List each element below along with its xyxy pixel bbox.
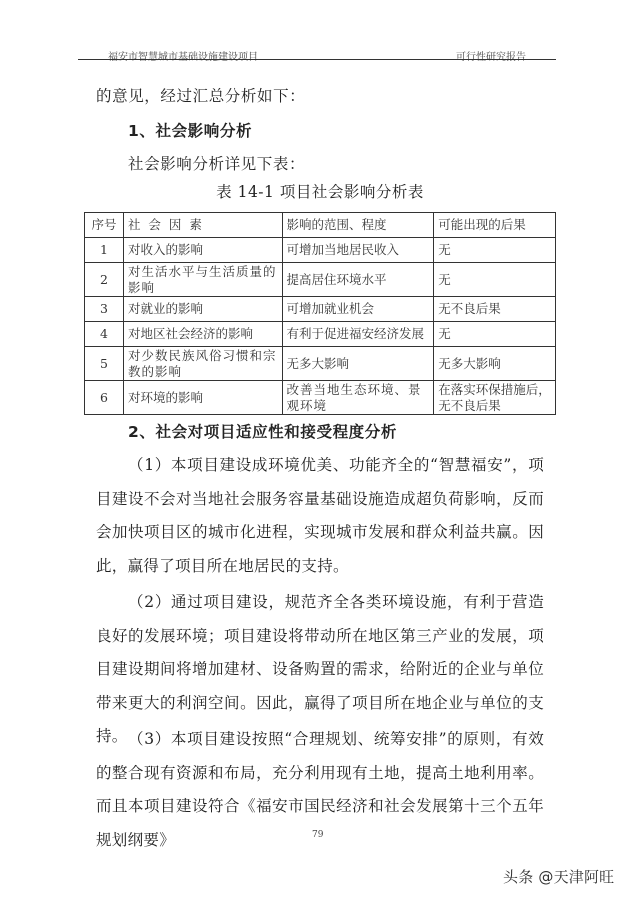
- table-header-cell: 可能出现的后果: [434, 213, 556, 238]
- header-divider: [78, 59, 556, 60]
- table-cell: 可增加就业机会: [282, 297, 434, 322]
- paragraph-1: （1）本项目建设成环境优美、功能齐全的“智慧福安”，项目建设不会对当地社会服务容…: [96, 449, 544, 583]
- table-cell: 对环境的影响: [123, 381, 282, 415]
- table-cell: 6: [85, 381, 124, 415]
- table-row: 5 对少数民族风俗习惯和宗教的影响 无多大影响 无多大影响: [85, 347, 556, 381]
- table-cell: 可增加当地居民收入: [282, 238, 434, 263]
- table-cell: 对地区社会经济的影响: [123, 322, 282, 347]
- table-cell: 无不良后果: [434, 297, 556, 322]
- table-cell: 有利于促进福安经济发展: [282, 322, 434, 347]
- table-cell: 对生活水平与生活质量的影响: [123, 263, 282, 297]
- page-number: 79: [312, 830, 323, 840]
- table-cell: 1: [85, 238, 124, 263]
- table-cell: 无: [434, 238, 556, 263]
- table-cell: 对少数民族风俗习惯和宗教的影响: [123, 347, 282, 381]
- intro-line: 的意见，经过汇总分析如下：: [96, 80, 305, 113]
- section-2-heading: 2、社会对项目适应性和接受程度分析: [128, 416, 397, 449]
- header-project-name: 福安市智慧城市基础设施建设项目: [108, 48, 258, 63]
- table-cell: 4: [85, 322, 124, 347]
- table-cell: 对收入的影响: [123, 238, 282, 263]
- table-row: 3 对就业的影响 可增加就业机会 无不良后果: [85, 297, 556, 322]
- table-header-cell: 社 会 因 素: [123, 213, 282, 238]
- table-cell: 无: [434, 263, 556, 297]
- table-cell: 在落实环保措施后，无不良后果: [434, 381, 556, 415]
- table-row: 6 对环境的影响 改善当地生态环境、景观环境 在落实环保措施后，无不良后果: [85, 381, 556, 415]
- table-cell: 无: [434, 322, 556, 347]
- table-cell: 5: [85, 347, 124, 381]
- table-header-row: 序号 社 会 因 素 影响的范围、程度 可能出现的后果: [85, 213, 556, 238]
- social-impact-table: 序号 社 会 因 素 影响的范围、程度 可能出现的后果 1 对收入的影响 可增加…: [84, 212, 556, 415]
- table-cell: 改善当地生态环境、景观环境: [282, 381, 434, 415]
- table-cell: 对就业的影响: [123, 297, 282, 322]
- table-cell: 3: [85, 297, 124, 322]
- table-cell: 2: [85, 263, 124, 297]
- table-cell: 无多大影响: [434, 347, 556, 381]
- table-row: 2 对生活水平与生活质量的影响 提高居住环境水平 无: [85, 263, 556, 297]
- section-1-text: 社会影响分析详见下表：: [128, 148, 305, 181]
- table-cell: 无多大影响: [282, 347, 434, 381]
- watermark: 头条 @天津阿旺: [503, 866, 614, 887]
- table-cell: 提高居住环境水平: [282, 263, 434, 297]
- header-report-type: 可行性研究报告: [456, 48, 526, 63]
- table-header-cell: 影响的范围、程度: [282, 213, 434, 238]
- table-caption: 表 14-1 项目社会影响分析表: [0, 180, 640, 202]
- section-1-heading: 1、社会影响分析: [128, 115, 252, 148]
- table-row: 1 对收入的影响 可增加当地居民收入 无: [85, 238, 556, 263]
- table-header-cell: 序号: [85, 213, 124, 238]
- table-row: 4 对地区社会经济的影响 有利于促进福安经济发展 无: [85, 322, 556, 347]
